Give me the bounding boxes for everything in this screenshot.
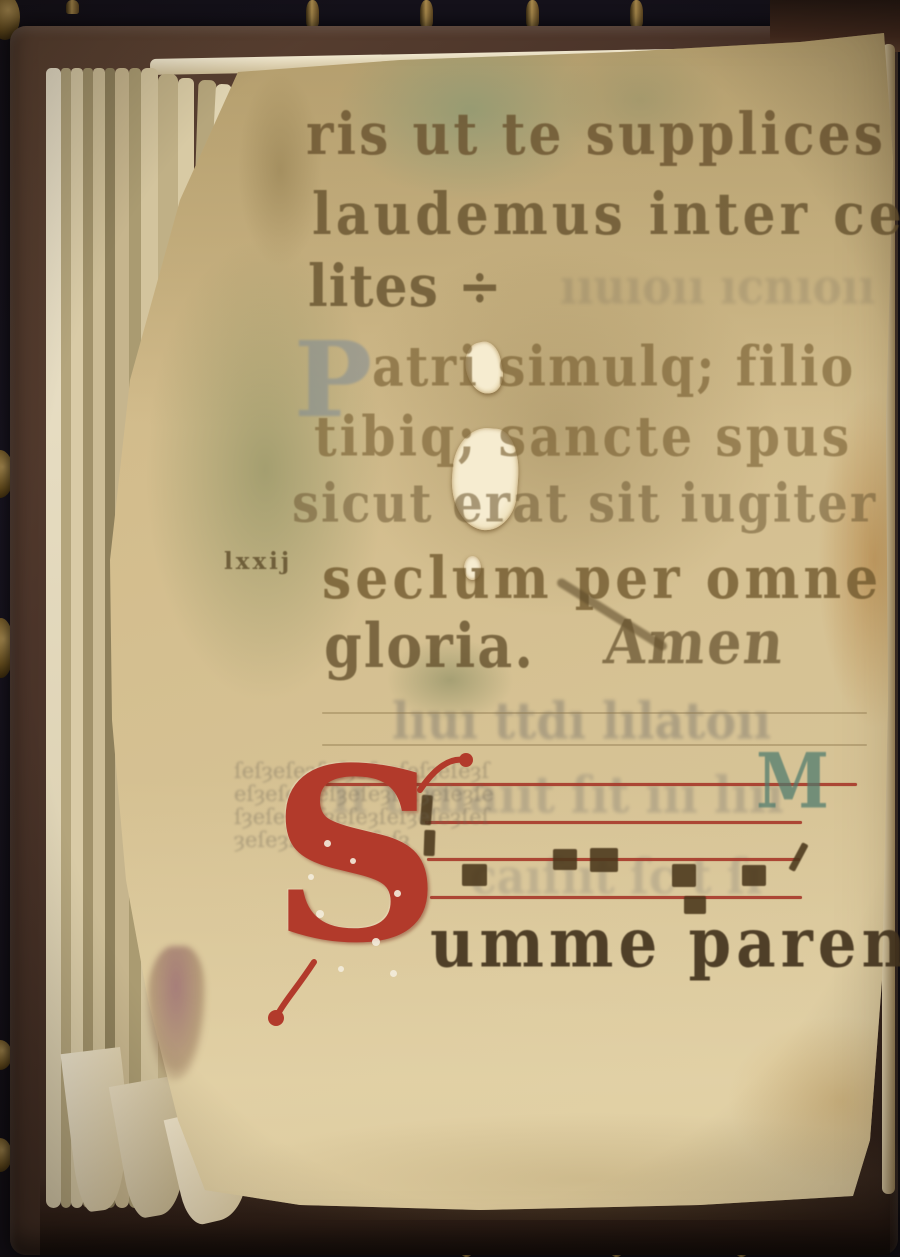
folio-number: lxxij xyxy=(224,548,292,575)
initial-white-dot xyxy=(324,840,331,847)
text-line-5: tibiq; sancte spus xyxy=(314,404,852,469)
initial-flourish-icon xyxy=(252,730,512,1060)
brass-pin-icon xyxy=(630,0,643,27)
teal-margin-letter: M xyxy=(756,736,829,826)
initial-white-dot xyxy=(308,874,314,880)
neume-note xyxy=(553,849,577,870)
brass-pin-icon xyxy=(306,0,319,27)
text-line-2: laudemus inter ce xyxy=(312,180,900,248)
neume-note xyxy=(672,864,696,887)
neume-note xyxy=(742,865,766,886)
initial-white-dot xyxy=(390,970,397,977)
brass-pin-icon xyxy=(420,0,433,27)
chant-lyric: umme parens xyxy=(430,904,900,984)
text-line-3: lites ÷ xyxy=(308,252,503,320)
text-line-1: ris ut te supplices xyxy=(306,100,886,168)
text-line-8-amen: Amen xyxy=(601,606,788,678)
page-stack-edge xyxy=(83,68,93,1208)
page-stack-edge xyxy=(93,68,105,1208)
page-stack-edge xyxy=(46,68,61,1208)
faint-ruling-line xyxy=(322,712,867,714)
initial-white-dot xyxy=(338,966,344,972)
initial-white-dot xyxy=(372,938,380,946)
brass-pin-icon xyxy=(66,0,79,14)
initial-white-dot xyxy=(316,910,324,918)
page-stack-edge xyxy=(61,68,71,1208)
initial-white-dot xyxy=(350,858,356,864)
initial-white-dot xyxy=(394,890,401,897)
faded-erased-text: ııuıoıı ıcnıoıı xyxy=(560,259,875,315)
text-line-4: atri simulq; filio xyxy=(372,334,855,399)
brass-pin-icon xyxy=(526,0,539,27)
text-line-8-gloria: gloria. xyxy=(324,610,535,682)
manuscript-photo: ris ut te supplices laudemus inter ce li… xyxy=(0,0,900,1257)
neume-note xyxy=(590,848,618,872)
page-stack-edge xyxy=(71,68,83,1208)
text-line-6: sicut erat sit iugiter xyxy=(292,472,877,535)
